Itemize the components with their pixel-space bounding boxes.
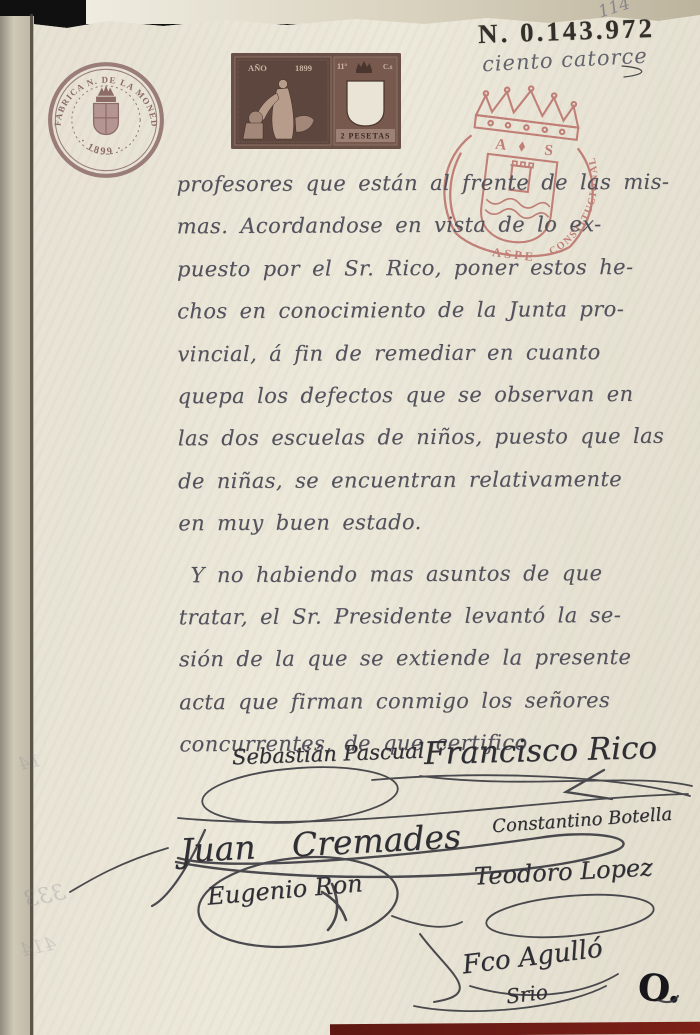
scanned-document-page: N. 0.143.972 114 ciento catorce FABRICA … <box>0 0 700 1035</box>
signature-flourishes <box>0 0 700 1035</box>
